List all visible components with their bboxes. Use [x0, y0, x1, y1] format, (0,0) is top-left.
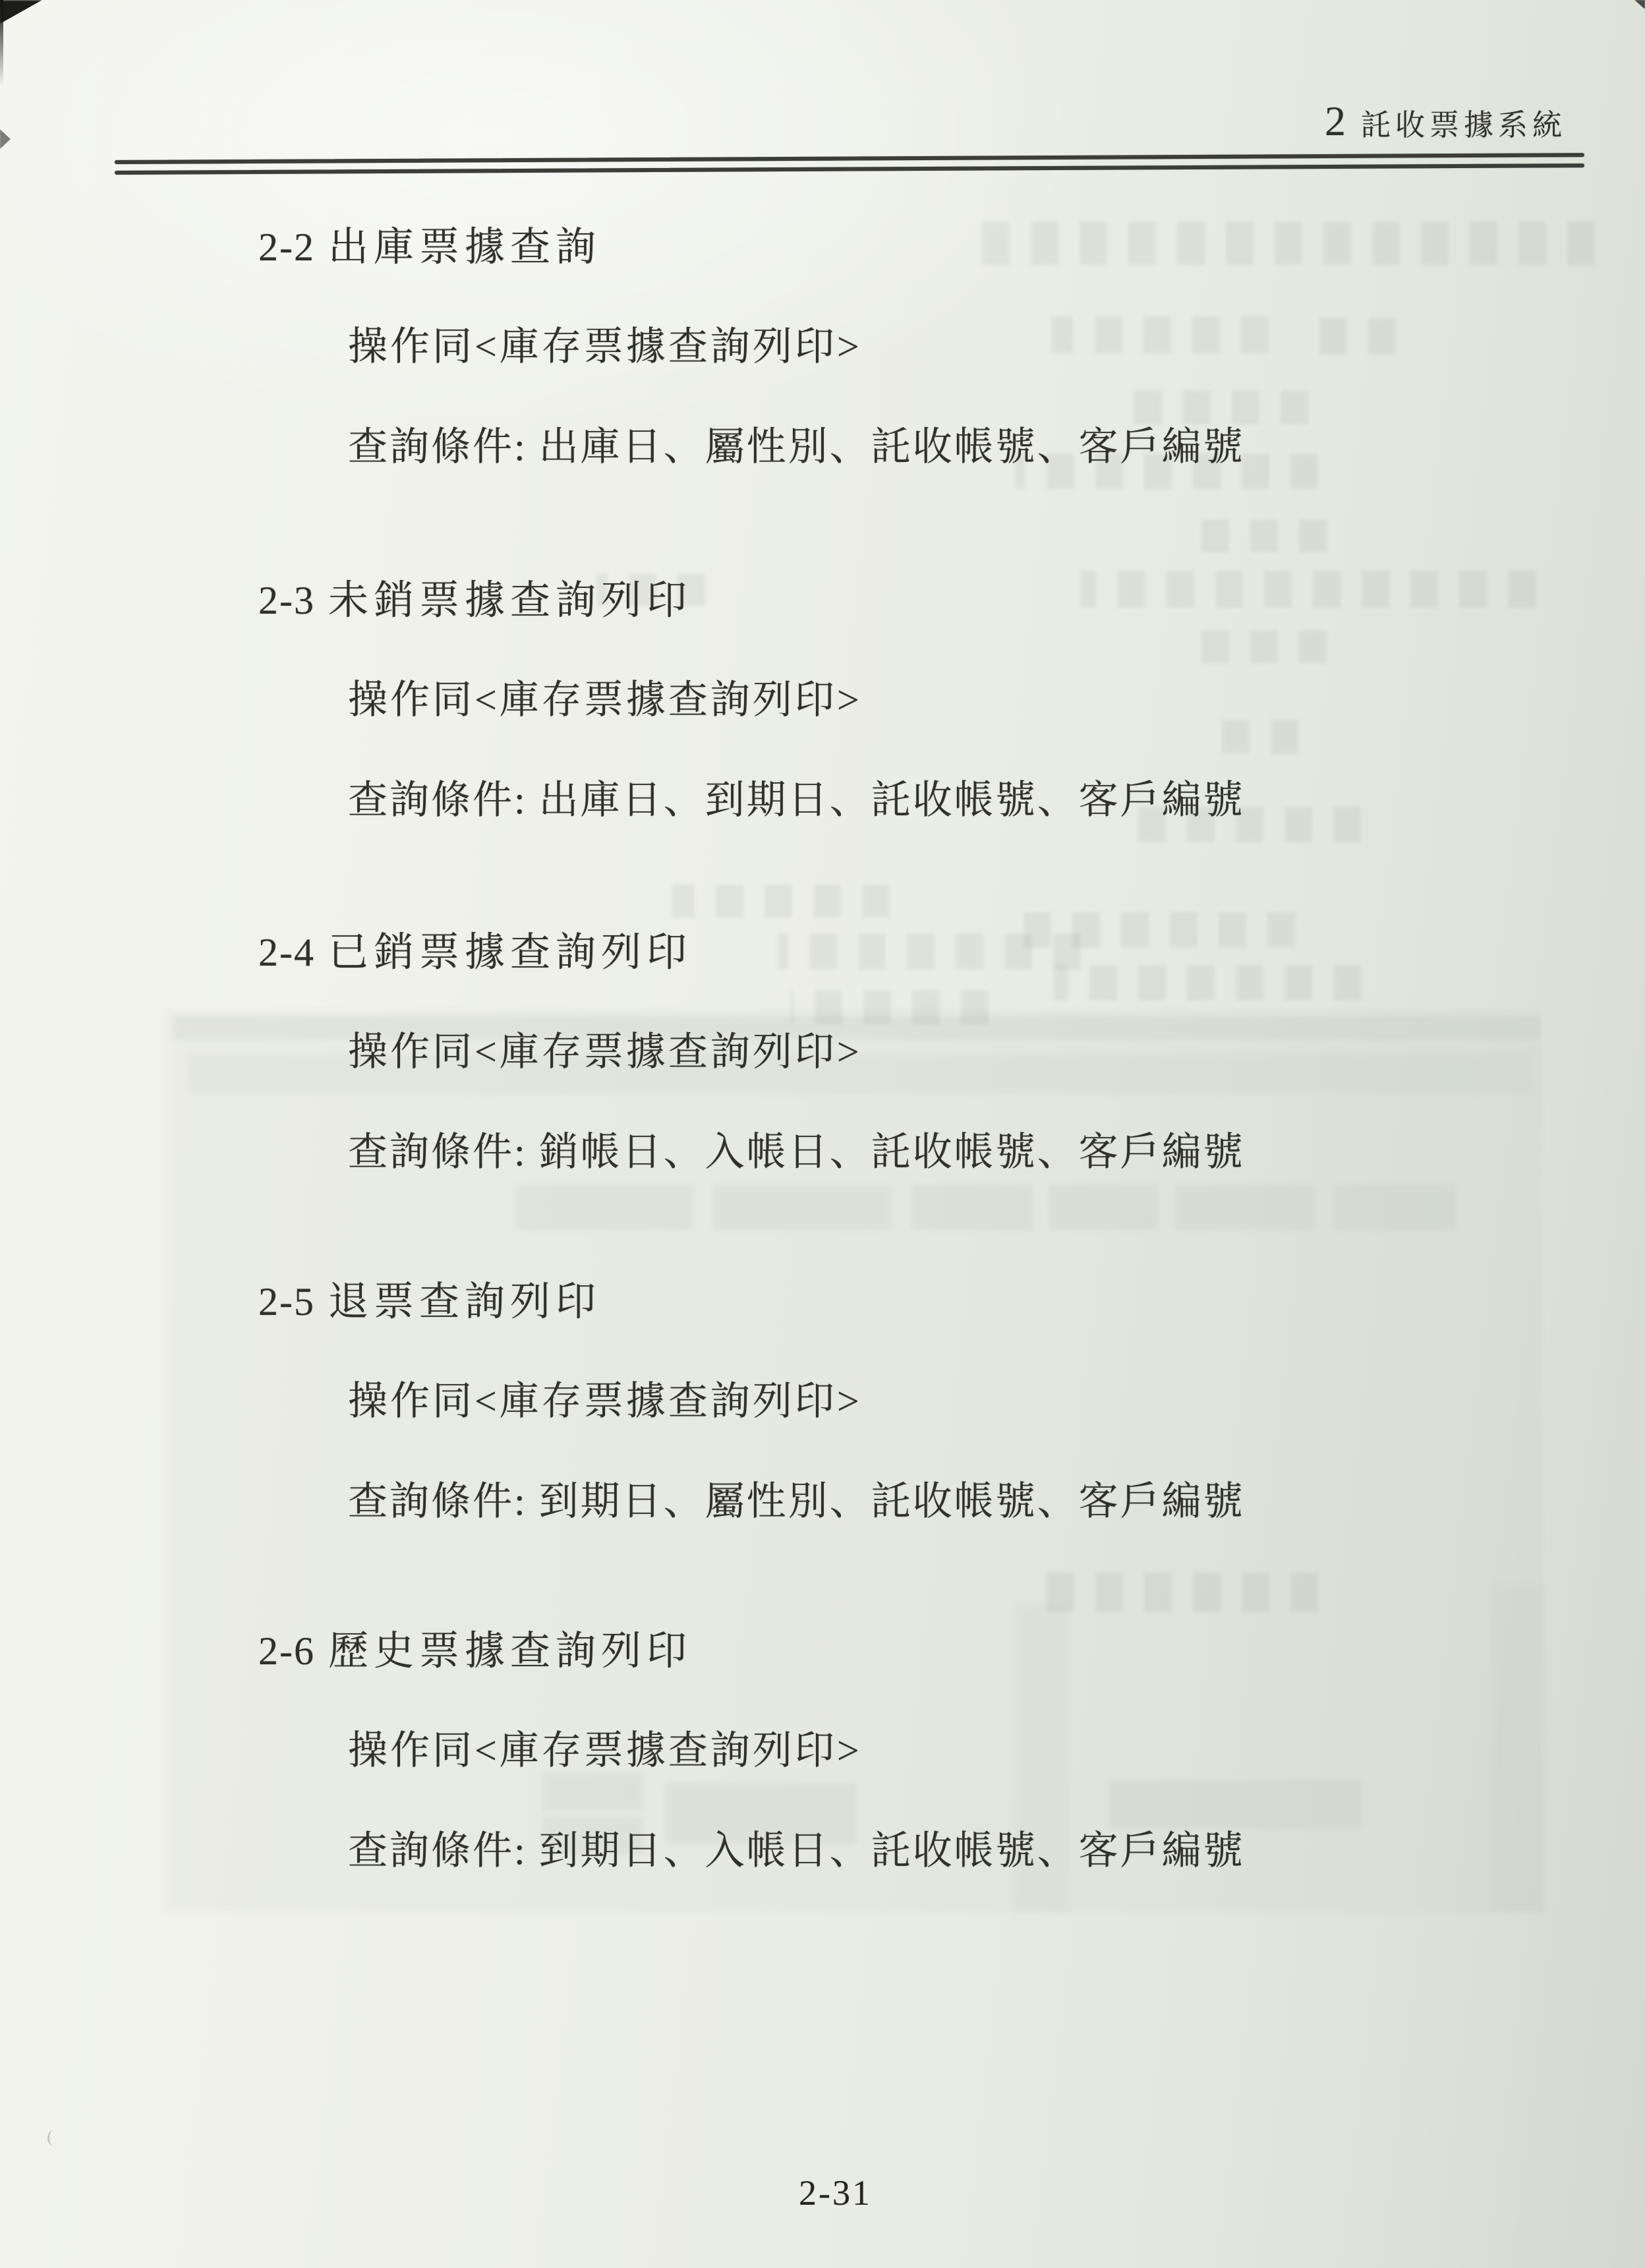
- scanned-document-page: { "page": { "header": { "chapter_number"…: [0, 0, 1645, 2268]
- section-title: 已銷票據查詢列印: [328, 933, 692, 973]
- page-number: 2-31: [799, 2172, 872, 2213]
- section-2-3: 2-3 未銷票據查詢列印 操作同<庫存票據查詢列印> 查詢條件: 出庫日、到期日…: [258, 581, 1445, 831]
- bleedthrough-strip: [1491, 1583, 1547, 1913]
- bleedthrough-box: [713, 1185, 891, 1230]
- section-2-6: 2-6 歷史票據查詢列印 操作同<庫存票據查詢列印> 查詢條件: 到期日、入帳日…: [258, 1631, 1445, 1882]
- section-title: 退票查詢列印: [328, 1282, 601, 1322]
- bleedthrough-text-smudge: [1035, 1573, 1318, 1612]
- query-conditions: 查詢條件: 銷帳日、入帳日、託收帳號、客戶編號: [348, 1132, 1245, 1172]
- query-conditions: 查詢條件: 到期日、入帳日、託收帳號、客戶編號: [348, 1831, 1245, 1871]
- rule-line-bottom: [115, 163, 1584, 175]
- bleedthrough-box: [1174, 1185, 1316, 1230]
- scan-corner-artifact: [0, 0, 42, 24]
- section-number: 2-3: [258, 581, 315, 620]
- operation-note: 操作同<庫存票據查詢列印>: [348, 1731, 862, 1770]
- section-heading: 2-4 已銷票據查詢列印: [258, 933, 692, 973]
- section-heading: 2-2 出庫票據查詢: [258, 227, 601, 268]
- section-title: 未銷票據查詢列印: [328, 581, 692, 621]
- query-conditions: 查詢條件: 出庫日、到期日、託收帳號、客戶編號: [348, 780, 1245, 820]
- section-2-2: 2-2 出庫票據查詢 操作同<庫存票據查詢列印> 查詢條件: 出庫日、屬性別、託…: [258, 227, 1445, 478]
- scan-corner-artifact: [1634, 0, 1645, 9]
- scan-stray-mark: [47, 2130, 60, 2146]
- operation-note: 操作同<庫存票據查詢列印>: [348, 680, 862, 720]
- scan-edge-mark: [0, 129, 11, 149]
- operation-note: 操作同<庫存票據查詢列印>: [348, 1032, 862, 1072]
- section-heading: 2-3 未銷票據查詢列印: [258, 581, 692, 621]
- chapter-title: 託收票據系統: [1361, 111, 1567, 140]
- section-2-4: 2-4 已銷票據查詢列印 操作同<庫存票據查詢列印> 查詢條件: 銷帳日、入帳日…: [258, 933, 1445, 1183]
- bleedthrough-text-smudge: [672, 885, 890, 917]
- section-number: 2-2: [258, 227, 315, 267]
- section-2-5: 2-5 退票查詢列印 操作同<庫存票據查詢列印> 查詢條件: 到期日、屬性別、託…: [258, 1282, 1445, 1532]
- operation-note: 操作同<庫存票據查詢列印>: [348, 1381, 862, 1421]
- bleedthrough-box: [1049, 1185, 1158, 1230]
- section-heading: 2-6 歷史票據查詢列印: [258, 1631, 692, 1672]
- query-conditions: 查詢條件: 出庫日、屬性別、託收帳號、客戶編號: [348, 427, 1245, 467]
- scan-edge-artifact: [0, 0, 3, 86]
- section-number: 2-5: [258, 1282, 315, 1322]
- operation-note: 操作同<庫存票據查詢列印>: [348, 327, 862, 366]
- header-double-rule: [115, 153, 1584, 175]
- page-header: 2 託收票據系統: [1325, 100, 1567, 142]
- chapter-number: 2: [1325, 100, 1346, 142]
- bleedthrough-box: [911, 1185, 1033, 1230]
- bleedthrough-box: [515, 1185, 693, 1230]
- section-heading: 2-5 退票查詢列印: [258, 1282, 601, 1322]
- section-number: 2-6: [258, 1631, 315, 1671]
- bleedthrough-text-smudge: [1185, 519, 1327, 552]
- section-number: 2-4: [258, 933, 315, 972]
- bleedthrough-box: [1333, 1185, 1455, 1230]
- rule-line-top: [115, 153, 1584, 164]
- section-title: 出庫票據查詢: [328, 227, 601, 268]
- section-title: 歷史票據查詢列印: [328, 1631, 692, 1672]
- query-conditions: 查詢條件: 到期日、屬性別、託收帳號、客戶編號: [348, 1482, 1245, 1521]
